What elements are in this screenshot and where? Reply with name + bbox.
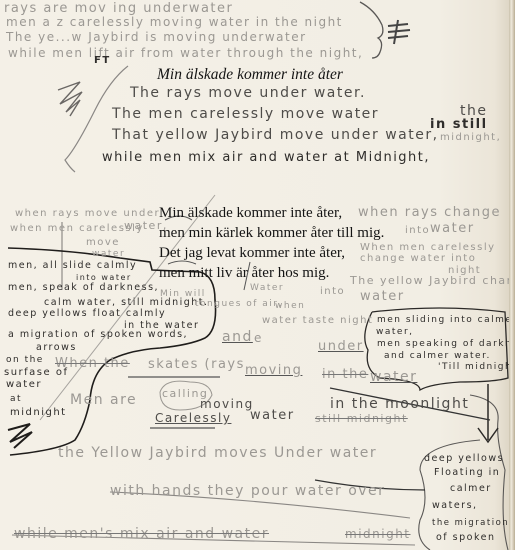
right-note-3: When men carelessly (360, 243, 496, 253)
margin-insert-midnight: midnight, (440, 133, 501, 143)
insert-mark: FT (94, 56, 111, 66)
min-will: Min will (160, 290, 206, 299)
manuscript-page: rays are mov ing underwater men a z care… (0, 0, 515, 550)
book-spine-edge (509, 0, 515, 550)
carelessly: Carelessly (155, 412, 231, 424)
right-note-2a: into (405, 226, 430, 236)
boxed-left-2: into water (76, 274, 132, 282)
right-note-6a: into (320, 287, 345, 297)
moving-b: moving (200, 398, 254, 410)
right-note-4: change water into (360, 254, 476, 264)
top-draft-line-4: while men lift air from water through th… (8, 47, 363, 59)
poem-line-2: men min kärlek kommer åter till mig. (159, 226, 384, 241)
yellow-jaybird-line: the Yellow Jaybird moves Under water (58, 446, 377, 460)
water-a: Water (250, 284, 284, 293)
right-note-6: water (360, 290, 405, 303)
in-the-moonlight: in the moonlight (330, 397, 469, 411)
bottom-right-5: the migration (432, 519, 509, 528)
top-draft-line-1: rays are mov ing underwater (4, 2, 233, 15)
boxed-left-13: midnight (10, 408, 67, 418)
tongues-of-air: tongues of air, (195, 300, 283, 309)
still-midnight: still midnight (315, 413, 408, 424)
second-draft-line-3: That yellow Jaybird move under water, (112, 128, 439, 142)
men-are: Men are (70, 393, 137, 407)
bottom-right-1: deep yellows (424, 454, 504, 464)
margin-insert-the: the (460, 104, 487, 118)
right-note-1: when rays change (358, 206, 501, 219)
boxed-right-4: and calmer water. (384, 352, 491, 361)
bottom-right-2: Floating in (434, 468, 500, 478)
boxed-left-8: arrows (36, 343, 77, 353)
skates-rays: skates (rays (148, 358, 245, 371)
top-draft-line-3: The ye...w Jaybird is moving underwater (6, 31, 307, 43)
boxed-right-1: men sliding into calmer (377, 316, 515, 325)
boxed-left-12: at (10, 395, 22, 404)
poem-line-1: Min älskade kommer inte åter, (159, 206, 342, 221)
printed-title: Min älskade kommer inte åter (157, 67, 343, 83)
boxed-left-7: a migration of spoken words, (8, 330, 188, 340)
boxed-left-3: men, speak of darkness, (8, 283, 159, 293)
right-note-5: The yellow Jaybird change (350, 275, 515, 286)
water-b: water (370, 370, 417, 384)
boxed-right-2: water, (376, 328, 414, 337)
water-taste-night: water taste night (262, 316, 373, 326)
boxed-left-9: on the (6, 356, 44, 365)
top-draft-line-2: men a z carelessly moving water in the n… (6, 16, 343, 28)
with-hands-line: with hands they pour water over (110, 484, 385, 498)
boxed-left-4: calm water, still midnight. (44, 298, 209, 308)
poem-line-4: men mitt liv är åter hos mig. (159, 266, 329, 281)
left-note-2: when men carelessly (10, 224, 144, 234)
poem-line-3: Det jag levat kommer inte åter, (159, 246, 345, 261)
boxed-right-5: 'Till midnight (438, 363, 515, 372)
under: under (318, 340, 364, 353)
while-mens-line: while men's mix air and water (14, 527, 269, 541)
second-draft-line-2: The men carelessly move water (112, 107, 379, 121)
right-note-2b: water (430, 222, 475, 235)
midnight-end: midnight (345, 528, 411, 540)
boxed-left-1: men, all slide calmly (8, 261, 137, 271)
when: when (275, 302, 305, 311)
water-c: water (250, 409, 295, 422)
when-the: When the (55, 357, 130, 370)
left-note-1: when rays move under (15, 209, 160, 219)
left-note-4: water (92, 250, 125, 259)
margin-insert-in-still: in still (430, 118, 488, 131)
e: e (254, 332, 263, 344)
in-the: in the (322, 368, 368, 381)
boxed-left-5: deep yellows float calmly (8, 309, 166, 319)
second-draft-line-4: while men mix air and water at Midnight, (102, 151, 430, 164)
boxed-left-11: water (6, 380, 42, 390)
left-note-3: move (86, 238, 120, 248)
and: and (222, 330, 253, 344)
moving: moving (245, 364, 302, 377)
bottom-right-4: waters, (432, 501, 478, 511)
bottom-right-6: of spoken (436, 533, 496, 543)
second-draft-line-1: The rays move under water. (130, 86, 366, 100)
bottom-right-3: calmer (450, 484, 492, 494)
boxed-right-3: men speaking of darkness (377, 340, 515, 349)
